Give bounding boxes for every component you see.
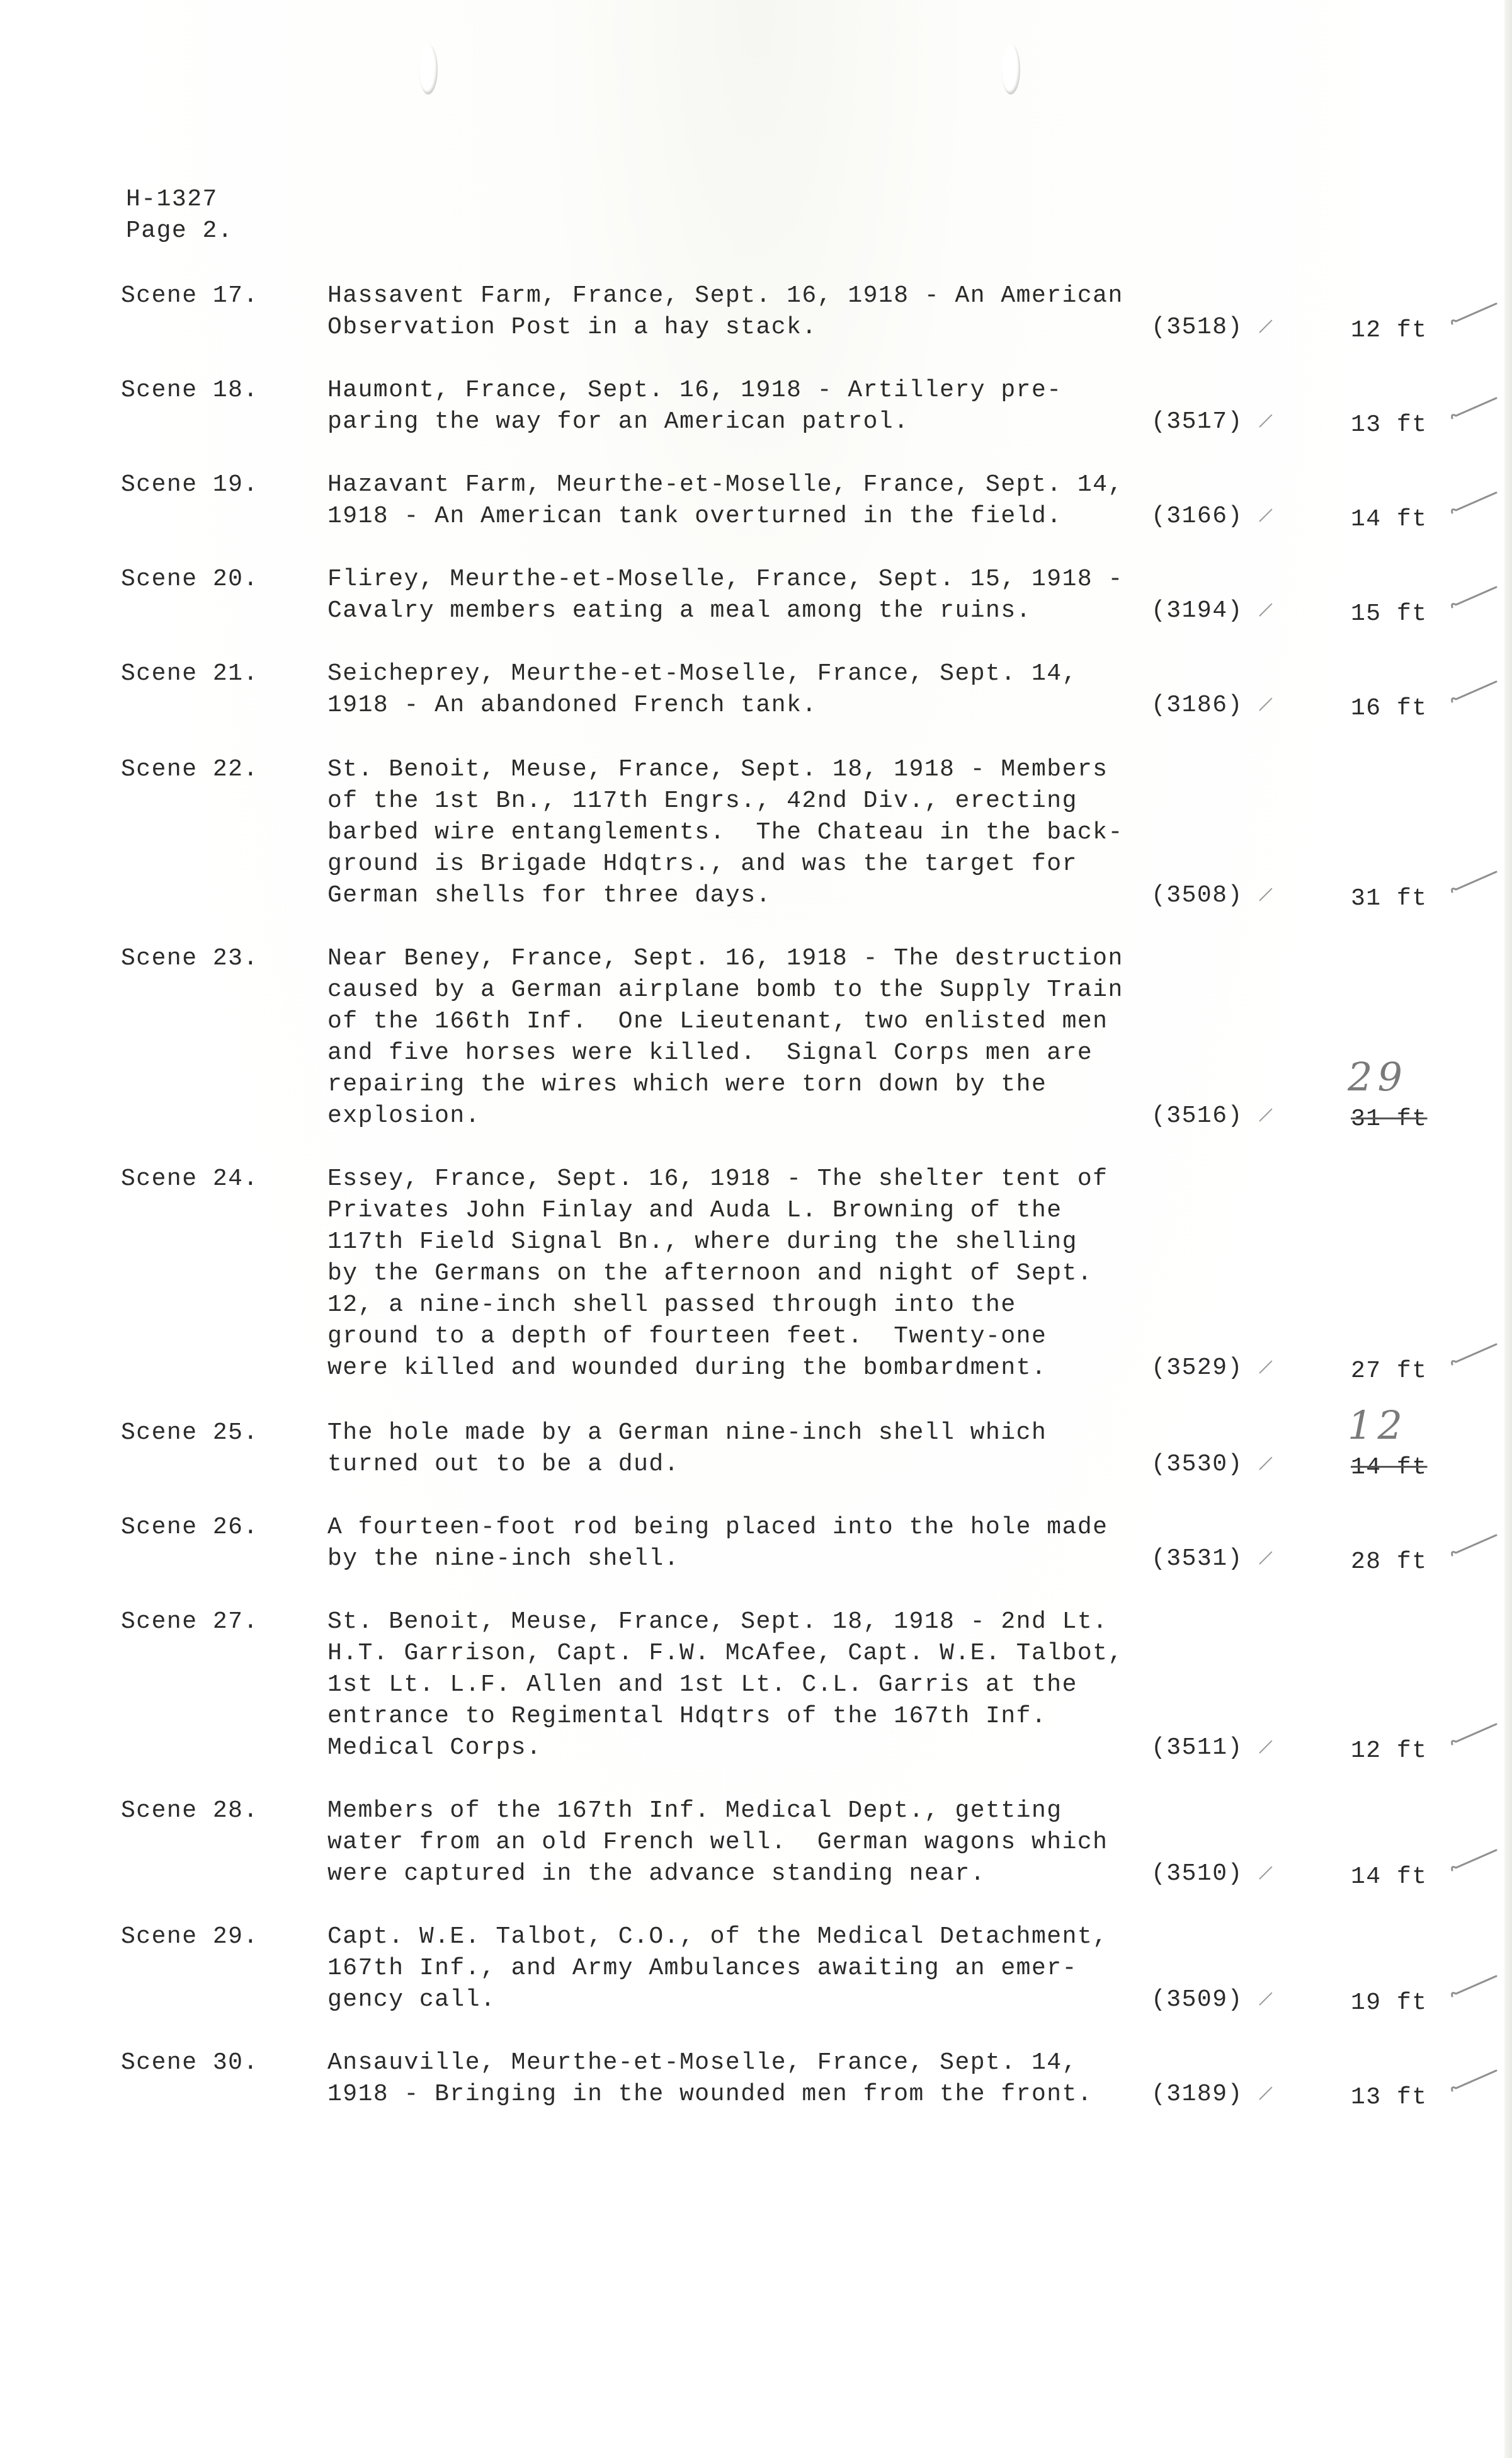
scene-label: Scene 27. <box>121 1606 259 1638</box>
scene-reference-number: (3510) <box>1151 1858 1243 1890</box>
scene-description: Hazavant Farm, Meurthe-et-Moselle, Franc… <box>327 469 1146 532</box>
scene-description: A fourteen-foot rod being placed into th… <box>327 1512 1146 1575</box>
scene-description-line: Hassavent Farm, France, Sept. 16, 1918 -… <box>327 280 1146 312</box>
scene-description: Members of the 167th Inf. Medical Dept.,… <box>327 1795 1146 1890</box>
scene-length: 27 ft <box>1351 1356 1428 1387</box>
scene-description-line: by the Germans on the afternoon and nigh… <box>327 1258 1146 1289</box>
scene-label: Scene 29. <box>121 1921 259 1953</box>
scene-description-line: Near Beney, France, Sept. 16, 1918 - The… <box>327 943 1146 975</box>
scene-length: 13 ft <box>1351 409 1428 441</box>
pencil-checkmark-icon <box>1448 680 1499 706</box>
scene-description: The hole made by a German nine-inch shel… <box>327 1417 1146 1480</box>
scene-label: Scene 26. <box>121 1512 259 1543</box>
pencil-checkmark-icon <box>1448 2069 1499 2095</box>
document-id: H-1327 <box>126 184 218 215</box>
scene-length: 31 ft <box>1351 1104 1428 1135</box>
scene-length: 14 ft <box>1351 504 1428 535</box>
scene-description-line: Medical Corps. <box>327 1732 1146 1764</box>
scene-length: 16 ft <box>1351 693 1428 724</box>
scene-length: 15 ft <box>1351 598 1428 630</box>
paper-edge <box>1504 0 1512 2458</box>
scene-description-line: water from an old French well. German wa… <box>327 1827 1146 1858</box>
scene-description: Seicheprey, Meurthe-et-Moselle, France, … <box>327 658 1146 721</box>
scene-description-line: Observation Post in a hay stack. <box>327 312 1146 343</box>
scene-description: Haumont, France, Sept. 16, 1918 - Artill… <box>327 375 1146 438</box>
scene-label: Scene 25. <box>121 1417 259 1449</box>
scene-description-line: 117th Field Signal Bn., where during the… <box>327 1226 1146 1258</box>
scene-description-line: Hazavant Farm, Meurthe-et-Moselle, Franc… <box>327 469 1146 501</box>
scene-description-line: 1918 - Bringing in the wounded men from … <box>327 2079 1146 2110</box>
scene-description-line: entrance to Regimental Hdqtrs of the 167… <box>327 1701 1146 1732</box>
pencil-checkmark-icon <box>1448 1534 1499 1559</box>
scene-description: Hassavent Farm, France, Sept. 16, 1918 -… <box>327 280 1146 343</box>
pencil-checkmark-icon <box>1448 1343 1499 1368</box>
scene-description-line: were killed and wounded during the bomba… <box>327 1352 1146 1384</box>
scene-description-line: repairing the wires which were torn down… <box>327 1069 1146 1100</box>
scene-reference-number: (3531) <box>1151 1543 1243 1575</box>
scene-description: Essey, France, Sept. 16, 1918 - The shel… <box>327 1163 1146 1384</box>
scene-length: 19 ft <box>1351 1987 1428 2019</box>
scene-description-line: were captured in the advance standing ne… <box>327 1858 1146 1890</box>
scene-length: 28 ft <box>1351 1546 1428 1578</box>
scene-reference-number: (3518) <box>1151 312 1243 343</box>
scene-label: Scene 18. <box>121 375 259 406</box>
scene-description: Capt. W.E. Talbot, C.O., of the Medical … <box>327 1921 1146 2016</box>
scene-description-line: and five horses were killed. Signal Corp… <box>327 1038 1146 1069</box>
handwritten-length-correction: 29 <box>1348 1061 1407 1093</box>
scene-description-line: barbed wire entanglements. The Chateau i… <box>327 817 1146 849</box>
scene-reference-number: (3166) <box>1151 501 1243 532</box>
scene-label: Scene 24. <box>121 1163 259 1195</box>
scene-length: 13 ft <box>1351 2082 1428 2113</box>
punch-hole-left <box>419 44 438 94</box>
scene-length: 14 ft <box>1351 1452 1428 1483</box>
scene-reference-number: (3194) <box>1151 595 1243 627</box>
pencil-checkmark-icon <box>1448 397 1499 422</box>
scene-description-line: Ansauville, Meurthe-et-Moselle, France, … <box>327 2047 1146 2079</box>
scene-label: Scene 22. <box>121 754 259 786</box>
scene-length: 31 ft <box>1351 883 1428 915</box>
pencil-checkmark-icon <box>1448 302 1499 328</box>
scene-description-line: of the 166th Inf. One Lieutenant, two en… <box>327 1006 1146 1038</box>
scene-label: Scene 17. <box>121 280 259 312</box>
scene-description-line: by the nine-inch shell. <box>327 1543 1146 1575</box>
pencil-checkmark-icon <box>1448 871 1499 896</box>
scene-description: Near Beney, France, Sept. 16, 1918 - The… <box>327 943 1146 1132</box>
scene-description-line: St. Benoit, Meuse, France, Sept. 18, 191… <box>327 754 1146 786</box>
scene-description-line: Cavalry members eating a meal among the … <box>327 595 1146 627</box>
scene-description-line: Haumont, France, Sept. 16, 1918 - Artill… <box>327 375 1146 406</box>
scene-reference-number: (3511) <box>1151 1732 1243 1764</box>
scene-label: Scene 19. <box>121 469 259 501</box>
scene-reference-number: (3529) <box>1151 1352 1243 1384</box>
scene-label: Scene 23. <box>121 943 259 975</box>
scene-reference-number: (3530) <box>1151 1449 1243 1480</box>
scene-description: Ansauville, Meurthe-et-Moselle, France, … <box>327 2047 1146 2110</box>
scene-label: Scene 20. <box>121 564 259 595</box>
scene-description-line: of the 1st Bn., 117th Engrs., 42nd Div.,… <box>327 786 1146 817</box>
scene-description-line: St. Benoit, Meuse, France, Sept. 18, 191… <box>327 1606 1146 1638</box>
scene-description: Flirey, Meurthe-et-Moselle, France, Sept… <box>327 564 1146 627</box>
scene-description-line: caused by a German airplane bomb to the … <box>327 975 1146 1006</box>
scene-length: 12 ft <box>1351 1735 1428 1767</box>
scene-description-line: German shells for three days. <box>327 880 1146 912</box>
scene-label: Scene 30. <box>121 2047 259 2079</box>
scene-reference-number: (3508) <box>1151 880 1243 912</box>
scene-description-line: 1st Lt. L.F. Allen and 1st Lt. C.L. Garr… <box>327 1669 1146 1701</box>
scene-description-line: 1918 - An American tank overturned in th… <box>327 501 1146 532</box>
scene-description-line: Essey, France, Sept. 16, 1918 - The shel… <box>327 1163 1146 1195</box>
scene-reference-number: (3516) <box>1151 1100 1243 1132</box>
scene-description-line: gency call. <box>327 1984 1146 2016</box>
scene-description-line: Flirey, Meurthe-et-Moselle, France, Sept… <box>327 564 1146 595</box>
pencil-checkmark-icon <box>1448 586 1499 611</box>
scene-description-line: H.T. Garrison, Capt. F.W. McAfee, Capt. … <box>327 1638 1146 1669</box>
scene-reference-number: (3509) <box>1151 1984 1243 2016</box>
scene-description-line: Members of the 167th Inf. Medical Dept.,… <box>327 1795 1146 1827</box>
scene-description-line: paring the way for an American patrol. <box>327 406 1146 438</box>
scene-description-line: The hole made by a German nine-inch shel… <box>327 1417 1146 1449</box>
pencil-checkmark-icon <box>1448 1975 1499 2000</box>
scene-description-line: Privates John Finlay and Auda L. Brownin… <box>327 1195 1146 1226</box>
scene-description-line: ground is Brigade Hdqtrs., and was the t… <box>327 849 1146 880</box>
pencil-checkmark-icon <box>1448 1849 1499 1874</box>
pencil-checkmark-icon <box>1448 491 1499 517</box>
scene-description-line: 167th Inf., and Army Ambulances awaiting… <box>327 1953 1146 1984</box>
scene-description-line: 1918 - An abandoned French tank. <box>327 690 1146 721</box>
scene-length: 14 ft <box>1351 1861 1428 1893</box>
scene-description: St. Benoit, Meuse, France, Sept. 18, 191… <box>327 1606 1146 1764</box>
scene-description-line: A fourteen-foot rod being placed into th… <box>327 1512 1146 1543</box>
punch-hole-right <box>1001 44 1020 94</box>
scene-reference-number: (3189) <box>1151 2079 1243 2110</box>
scene-description-line: turned out to be a dud. <box>327 1449 1146 1480</box>
scene-description-line: explosion. <box>327 1100 1146 1132</box>
scene-label: Scene 21. <box>121 658 259 690</box>
scene-description: St. Benoit, Meuse, France, Sept. 18, 191… <box>327 754 1146 912</box>
scene-description-line: Seicheprey, Meurthe-et-Moselle, France, … <box>327 658 1146 690</box>
scene-description-line: 12, a nine-inch shell passed through int… <box>327 1289 1146 1321</box>
scene-description-line: Capt. W.E. Talbot, C.O., of the Medical … <box>327 1921 1146 1953</box>
scene-reference-number: (3186) <box>1151 690 1243 721</box>
scene-reference-number: (3517) <box>1151 406 1243 438</box>
pencil-checkmark-icon <box>1448 1723 1499 1748</box>
scene-label: Scene 28. <box>121 1795 259 1827</box>
handwritten-length-correction: 12 <box>1348 1410 1407 1441</box>
scene-length: 12 ft <box>1351 315 1428 346</box>
scene-description-line: ground to a depth of fourteen feet. Twen… <box>327 1321 1146 1352</box>
page-number: Page 2. <box>126 215 233 247</box>
